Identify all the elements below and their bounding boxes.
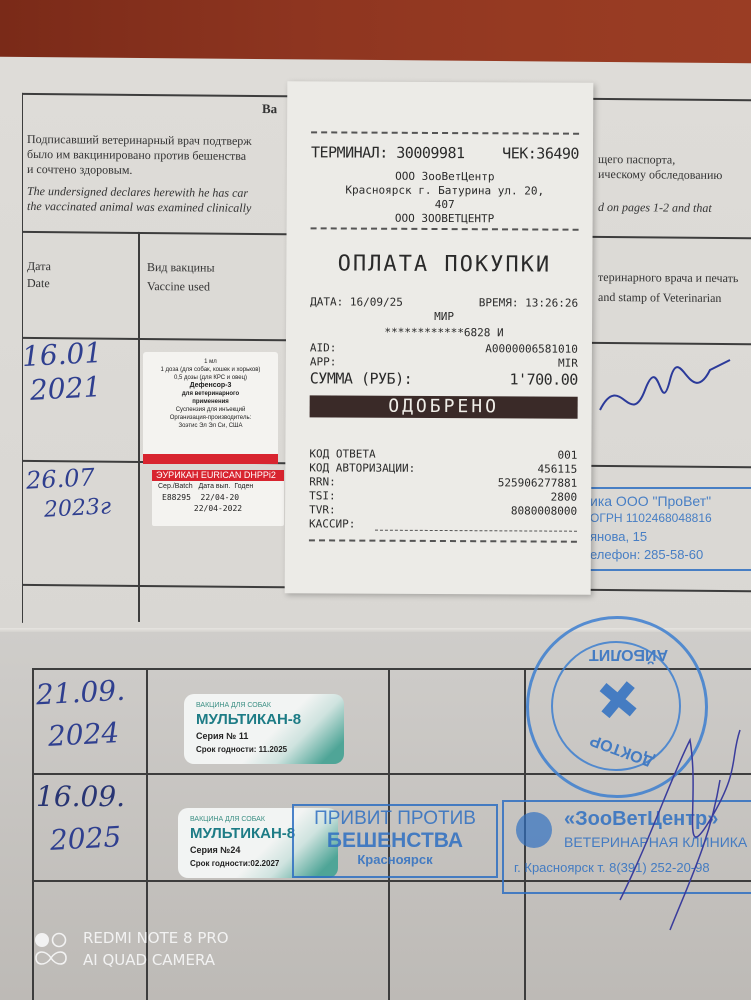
date-2024-line1: 21.09.: [35, 674, 126, 713]
col-vaccine-ru: Вид вакцины: [147, 260, 215, 276]
date-2025-line1: 16.09.: [36, 780, 125, 814]
date-2021-line1: 16.01: [21, 336, 103, 374]
statement-ru-right-1: щего паспорта,: [598, 152, 675, 168]
vaccine-sticker-defensor: 1 мл 1 доза (для собак, кошек и хорьков)…: [143, 352, 278, 464]
receipt-sum-row: СУММА (РУБ):1'700.00: [310, 369, 578, 388]
date-2025-line2: 2025: [49, 820, 122, 858]
date-2023-line2: 2023г: [43, 490, 112, 527]
statement-en-2: the vaccinated animal was examined clini…: [27, 199, 251, 216]
stamp-rabies-vaccinated: ПРИВИТ ПРОТИВ БЕШЕНСТВА Красноярск: [292, 804, 498, 878]
receipt-address: Красноярск г. Батурина ул. 20,: [311, 183, 579, 197]
col-date-en: Date: [27, 276, 50, 291]
receipt-card-mask: ************6828 И: [310, 325, 578, 339]
vaccine-sticker-eurican: ЭУРИКАН EURICAN DHPPi2 Cep./Batch Дата в…: [152, 470, 284, 526]
receipt-address2: 407: [311, 197, 579, 211]
clinic-logo-icon: [516, 812, 552, 848]
receipt-title: ОПЛАТА ПОКУПКИ: [310, 251, 578, 278]
camera-lens-icon: [34, 932, 68, 966]
receipt-card-system: МИР: [310, 309, 578, 323]
camera-watermark: REDMI NOTE 8 PRO AI QUAD CAMERA: [83, 927, 229, 971]
section-title: Ва: [262, 101, 277, 116]
receipt-org1: ООО ЗооВетЦентр: [311, 169, 579, 183]
date-2024-line2: 2024: [47, 716, 120, 754]
col-sign-ru: теринарного врача и печать: [598, 270, 738, 286]
date-2021-line2: 2021: [29, 370, 102, 408]
receipt-status-approved: ОДОБРЕНО: [310, 395, 578, 418]
signature-top: [590, 350, 740, 440]
col-vaccine-en: Vaccine used: [147, 279, 210, 295]
receipt-org2: ООО ЗООВЕТЦЕНТР: [311, 211, 579, 225]
col-sign-en: and stamp of Veterinarian: [598, 290, 721, 306]
receipt-terminal-row: ТЕРМИНАЛ: 30009981 ЧЕК:36490: [311, 143, 579, 162]
payment-receipt: ТЕРМИНАЛ: 30009981 ЧЕК:36490 ООО ЗооВетЦ…: [285, 81, 594, 595]
signature-bottom: [610, 720, 750, 950]
col-date-ru: Дата: [27, 259, 51, 274]
statement-ru-3: и сочтено здоровым.: [27, 162, 132, 178]
statement-en-right: d on pages 1-2 and that: [598, 200, 712, 216]
vaccine-sticker-multikan-2024: ВАКЦИНА ДЛЯ СОБАК МУЛЬТИКАН-8 Серия № 11…: [184, 694, 344, 764]
statement-ru-right-2: ическому обследованию: [598, 167, 722, 183]
